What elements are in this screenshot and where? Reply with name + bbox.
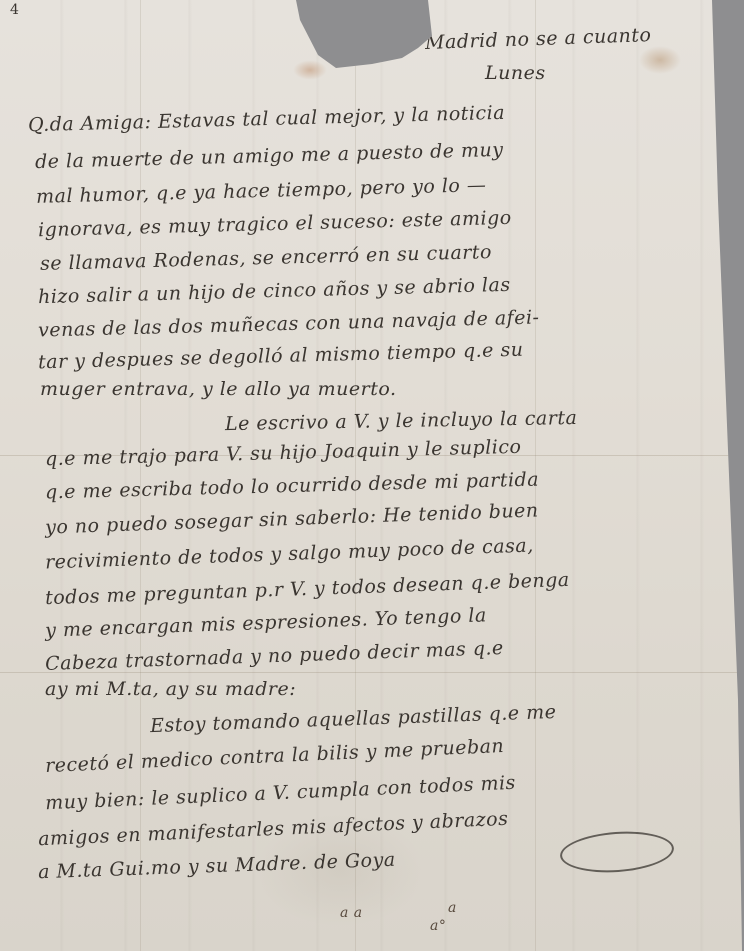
letter-line: ignorava, es muy tragico el suceso: este… xyxy=(38,207,512,241)
letter-line: ay mi M.ta, ay su madre: xyxy=(45,678,296,700)
letter-line: a M.ta Gui.mo y su Madre. de Goya xyxy=(38,849,396,883)
letter-line: q.e me trajo para V. su hijo Joaquin y l… xyxy=(45,436,522,470)
letter-line: se llamava Rodenas, se encerró en su cua… xyxy=(40,241,492,275)
place-date: Madrid no se a cuanto xyxy=(425,24,652,54)
pen-test-mark: a° xyxy=(430,918,446,934)
pen-test-mark: a a xyxy=(340,905,363,921)
letter-line: Q.da Amiga: Estavas tal cual mejor, y la… xyxy=(28,102,506,136)
letter-line: muy bien: le suplico a V. cumpla con tod… xyxy=(45,772,516,815)
signature-flourish xyxy=(559,828,676,876)
page-number-mark: 4 xyxy=(10,2,19,18)
letter-line: tar y despues se degolló al mismo tiempo… xyxy=(38,339,524,374)
letter-line: venas de las dos muñecas con una navaja … xyxy=(38,306,540,341)
letter-line: todos me preguntan p.r V. y todos desean… xyxy=(45,569,570,609)
letter-line: de la muerte de un amigo me a puesto de … xyxy=(35,139,504,173)
letter-line: hizo salir a un hijo de cinco años y se … xyxy=(38,274,511,308)
letter-line: y me encargan mis espresiones. Yo tengo … xyxy=(45,604,487,641)
letter-line: yo no puedo sosegar sin saberlo: He teni… xyxy=(45,499,539,538)
letter-line: amigos en manifestarles mis afectos y ab… xyxy=(38,808,509,851)
letter-line: mal humor, q.e ya hace tiempo, pero yo l… xyxy=(36,174,487,208)
letter-paper: 4 Madrid no se a cuanto Lunes Q.da Amiga… xyxy=(0,0,744,951)
letter-line: Estoy tomando aquellas pastillas q.e me xyxy=(150,701,557,737)
pen-test-mark: a xyxy=(448,900,457,916)
letter-line: Le escrivo a V. y le incluyo la carta xyxy=(225,407,578,435)
letter-line: q.e me escriba todo lo ocurrido desde mi… xyxy=(45,469,540,504)
letter-line: muger entrava, y le allo ya muerto. xyxy=(40,378,397,400)
letter-line: recivimiento de todos y salgo muy poco d… xyxy=(45,534,534,573)
letter-line: Cabeza trastornada y no puedo decir mas … xyxy=(45,637,504,675)
day: Lunes xyxy=(485,62,546,84)
letter-line: recetó el medico contra la bilis y me pr… xyxy=(45,735,505,777)
